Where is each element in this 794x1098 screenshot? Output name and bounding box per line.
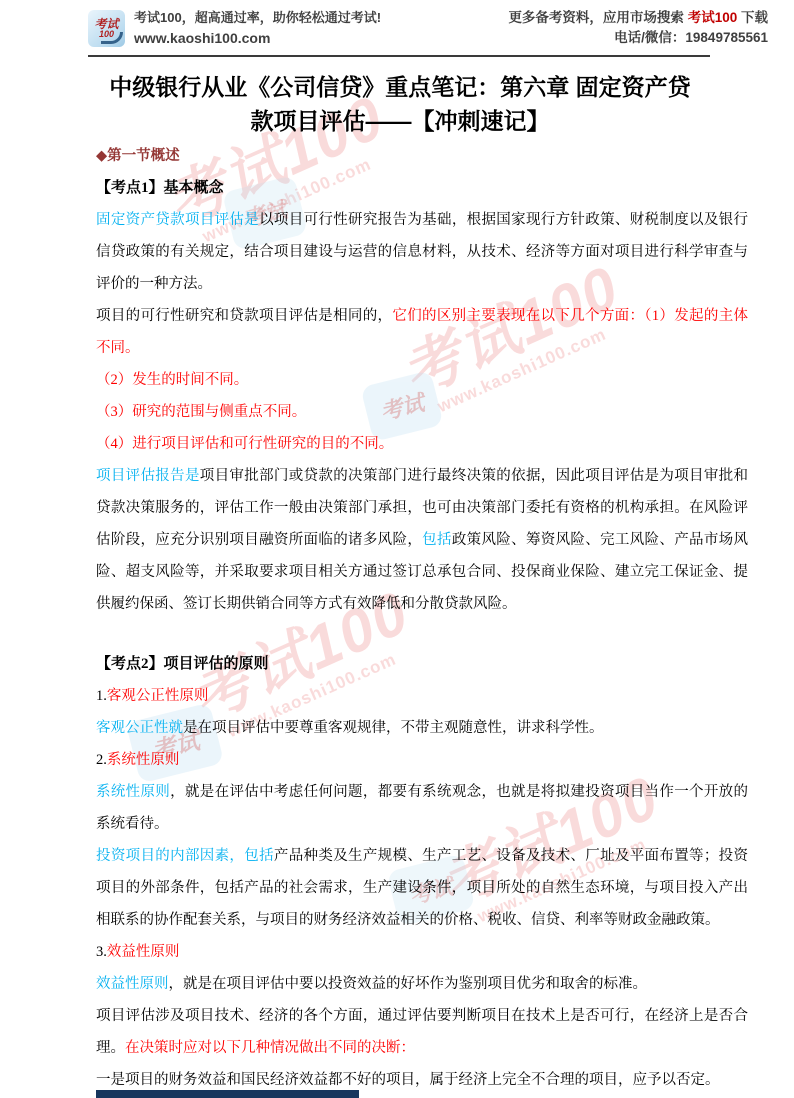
paragraph: 效益性原则，就是在项目评估中要以投资效益的好坏作为鉴别项目优劣和取舍的标准。 — [96, 968, 748, 1000]
paragraph: 3.效益性原则 — [96, 936, 748, 968]
paragraph: 项目的可行性研究和贷款项目评估是相同的，它们的区别主要表现在以下几个方面：（1）… — [96, 300, 748, 364]
text-run: （2）发生的时间不同。 — [96, 372, 248, 388]
paragraph: 系统性原则，就是在评估中考虑任何问题，都要有系统观念，也就是将拟建投资项目当作一… — [96, 776, 748, 840]
text-run: 【考点1】基本概念 — [96, 180, 224, 196]
title-line-1: 中级银行从业《公司信贷》重点笔记：第六章 固定资产贷 — [109, 74, 690, 100]
paragraph: 1.客观公正性原则 — [96, 680, 748, 712]
text-run: 固定资产贷款项目评估是 — [96, 212, 259, 228]
promo-prefix: 更多备考资料，应用市场搜索 — [508, 10, 687, 25]
kaoshi100-logo: 考试 100 — [88, 10, 125, 47]
text-run: 一是项目的财务效益和国民经济效益都不好的项目，属于经济上完全不合理的项目，应予以… — [96, 1072, 720, 1088]
text-run: 包括 — [422, 532, 452, 548]
header-website: www.kaoshi100.com — [134, 28, 381, 48]
promo-brand: 考试100 — [688, 10, 738, 25]
header-contact: 电话/微信：19849785561 — [508, 28, 768, 48]
text-run: 客观公正性原则 — [107, 688, 209, 704]
next-page-table-edge — [96, 1090, 359, 1098]
header-promo: 更多备考资料，应用市场搜索 考试100 下载 — [508, 8, 768, 28]
page-header: 考试 100 考试100，超高通过率，助你轻松通过考试! www.kaoshi1… — [0, 0, 794, 55]
header-slogan: 考试100，超高通过率，助你轻松通过考试! — [134, 8, 381, 28]
header-right-block: 更多备考资料，应用市场搜索 考试100 下载 电话/微信：19849785561 — [508, 8, 768, 48]
document-body: ◆第一节概述【考点1】基本概念固定资产贷款项目评估是以项目可行性研究报告为基础，… — [96, 140, 748, 1096]
title-line-2: 款项目评估——【冲刺速记】 — [251, 108, 550, 134]
text-run: 在决策时应对以下几种情况做出不同的决断： — [125, 1040, 415, 1056]
text-run: 项目评估报告是 — [96, 468, 200, 484]
text-run: ，就是在项目评估中要以投资效益的好坏作为鉴别项目优劣和取舍的标准。 — [169, 976, 648, 992]
text-run: 效益性原则 — [107, 944, 180, 960]
document-title: 中级银行从业《公司信贷》重点笔记：第六章 固定资产贷 款项目评估——【冲刺速记】 — [60, 70, 740, 138]
logo-swoosh-icon — [101, 32, 123, 44]
paragraph: 固定资产贷款项目评估是以项目可行性研究报告为基础，根据国家现行方针政策、财税制度… — [96, 204, 748, 300]
text-run: 系统性原则 — [96, 784, 170, 800]
text-run: （4）进行项目评估和可行性研究的目的不同。 — [96, 436, 393, 452]
heading-heading: 【考点2】项目评估的原则 — [96, 648, 748, 680]
text-run: （3）研究的范围与侧重点不同。 — [96, 404, 306, 420]
text-run: 客观公正性就 — [96, 720, 183, 736]
text-run: ◆第一节概述 — [96, 148, 180, 164]
header-left-block: 考试100，超高通过率，助你轻松通过考试! www.kaoshi100.com — [134, 8, 381, 48]
paragraph: 投资项目的内部因素，包括产品种类及生产规模、生产工艺、设备及技术、厂址及平面布置… — [96, 840, 748, 936]
text-run: 3. — [96, 944, 107, 960]
section-heading: ◆第一节概述 — [96, 140, 748, 172]
header-divider — [88, 55, 710, 57]
paragraph: 客观公正性就是在项目评估中要尊重客观规律，不带主观随意性，讲求科学性。 — [96, 712, 748, 744]
paragraph: 项目评估报告是项目审批部门或贷款的决策部门进行最终决策的依据，因此项目评估是为项… — [96, 460, 748, 620]
promo-suffix: 下载 — [737, 10, 768, 25]
paragraph: （4）进行项目评估和可行性研究的目的不同。 — [96, 428, 748, 460]
paragraph: 项目评估涉及项目技术、经济的各个方面，通过评估要判断项目在技术上是否可行，在经济… — [96, 1000, 748, 1064]
paragraph: （3）研究的范围与侧重点不同。 — [96, 396, 748, 428]
text-run: ，就是在评估中考虑任何问题，都要有系统观念，也就是将拟建投资项目当作一个开放的系… — [96, 784, 748, 832]
text-run: 1. — [96, 688, 107, 704]
paragraph: 2.系统性原则 — [96, 744, 748, 776]
text-run: 2. — [96, 752, 107, 768]
paragraph: （2）发生的时间不同。 — [96, 364, 748, 396]
text-run: 投资项目的内部因素，包括 — [96, 848, 274, 864]
document-page: 考试 100 考试100，超高通过率，助你轻松通过考试! www.kaoshi1… — [0, 0, 794, 1098]
text-run: 是在项目评估中要尊重客观规律，不带主观随意性，讲求科学性。 — [183, 720, 604, 736]
text-run: 【考点2】项目评估的原则 — [96, 656, 269, 672]
text-run: 项目的可行性研究和贷款项目评估是相同的， — [96, 308, 392, 324]
text-run: 效益性原则 — [96, 976, 169, 992]
heading-heading: 【考点1】基本概念 — [96, 172, 748, 204]
text-run: 系统性原则 — [107, 752, 180, 768]
